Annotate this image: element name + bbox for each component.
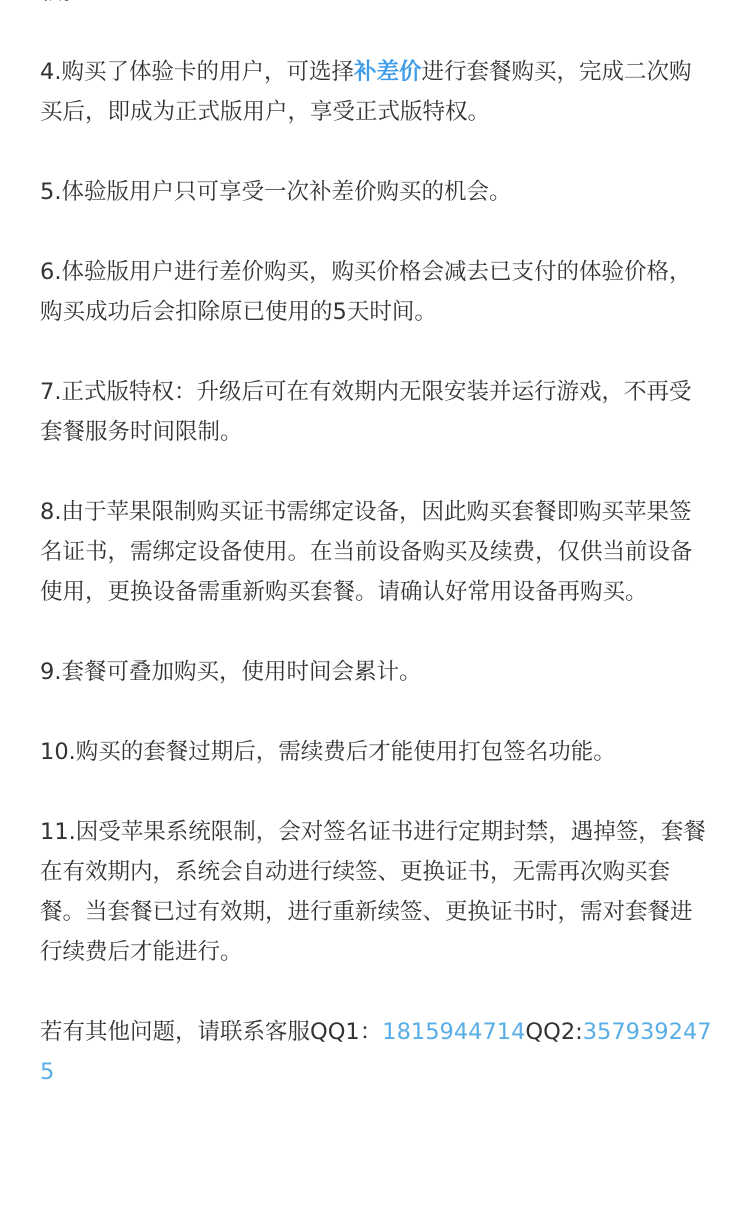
paragraph-7: 7.正式版特权：升级后可在有效期内无限安装并运行游戏，不再受套餐服务时间限制。 (40, 372, 712, 452)
paragraph-9: 9.套餐可叠加购买，使用时间会累计。 (40, 652, 712, 692)
paragraph-8: 8.由于苹果限制购买证书需绑定设备，因此购买套餐即购买苹果签名证书，需绑定设备使… (40, 492, 712, 612)
terms-document: 款。 4.购买了体验卡的用户，可选择补差价进行套餐购买，完成二次购买后，即成为正… (40, 0, 712, 1132)
price-difference-highlight: 补差价 (354, 59, 422, 85)
contact-paragraph: 若有其他问题，请联系客服QQ1：1815944714QQ2:3579392475 (40, 1012, 712, 1092)
paragraph-6: 6.体验版用户进行差价购买，购买价格会减去已支付的体验价格，购买成功后会扣除原已… (40, 252, 712, 332)
qq1-link[interactable]: 1815944714 (382, 1019, 525, 1045)
paragraph-continuation: 款。 (40, 0, 712, 12)
paragraph-10: 10.购买的套餐过期后，需续费后才能使用打包签名功能。 (40, 732, 712, 772)
paragraph-4-before: 4.购买了体验卡的用户，可选择 (40, 59, 354, 85)
paragraph-11: 11.因受苹果系统限制，会对签名证书进行定期封禁，遇掉签，套餐在有效期内，系统会… (40, 812, 712, 972)
paragraph-4: 4.购买了体验卡的用户，可选择补差价进行套餐购买，完成二次购买后，即成为正式版用… (40, 52, 712, 132)
contact-prefix: 若有其他问题，请联系客服QQ1： (40, 1019, 382, 1045)
paragraph-5: 5.体验版用户只可享受一次补差价购买的机会。 (40, 172, 712, 212)
qq2-label: QQ2: (525, 1019, 582, 1045)
